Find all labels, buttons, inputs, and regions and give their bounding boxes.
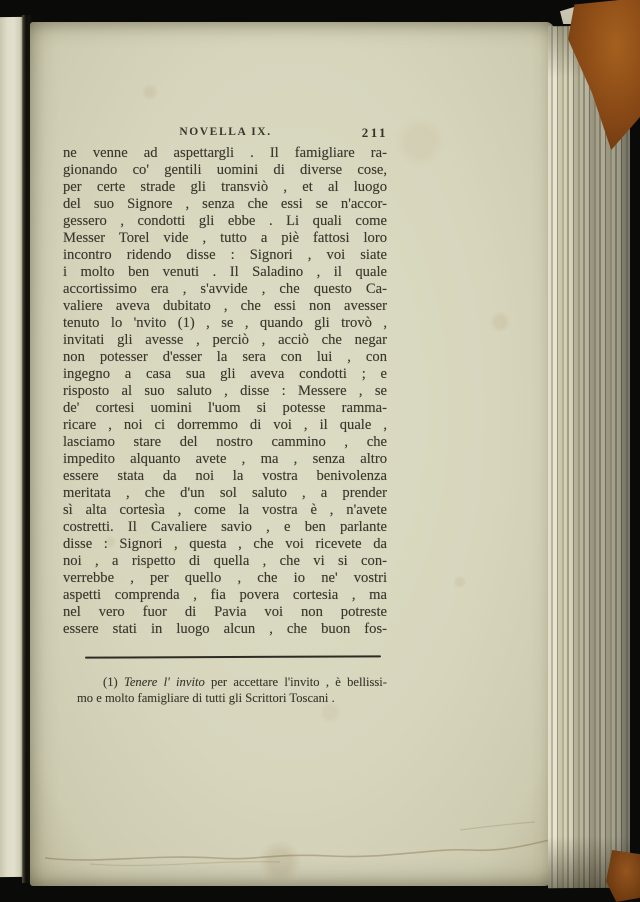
text-line: impedito alquanto avete , ma , senza alt…: [63, 451, 387, 468]
text-line: tenuto lo 'nvito (1) , se , quando gli t…: [63, 315, 387, 332]
text-line: per certe strade gli transviò , et al lu…: [63, 179, 387, 196]
text-line: disse : Signori , questa , che voi ricev…: [63, 536, 387, 553]
footnote-text: per accettare l'invito , è bellissi-: [205, 675, 387, 689]
book-page: NOVELLA IX. 211 ne venne ad aspettargli …: [30, 22, 554, 886]
facing-page-edge: [0, 17, 23, 877]
text-line: gionando co' gentili uomini di diverse c…: [63, 162, 387, 179]
text-line: essere stata da noi la vostra benivolenz…: [63, 468, 387, 485]
text-line: valiere aveva dubitato , che essi non av…: [63, 298, 387, 315]
text-line: de' cortesi uomini l'uom si potesse ramm…: [63, 400, 387, 417]
text-line: costretti. Il Cavaliere savio , e ben pa…: [63, 519, 387, 536]
page-header: NOVELLA IX. 211: [63, 126, 388, 142]
text-line: aspetti comprenda , fia povera cortesia …: [63, 587, 387, 604]
text-line: Messer Torel vide , tutto a piè fattosi …: [63, 230, 387, 247]
footnote-line-1: (1) Tenere l' invito per accettare l'inv…: [63, 675, 387, 691]
text-line: ricare , noi ci dorremmo di voi , il qua…: [63, 417, 387, 434]
footnote-rule: [85, 655, 381, 658]
text-line: lasciamo stare del nostro cammino , che: [63, 434, 387, 451]
text-line: essere stati in luogo alcun , che buon f…: [63, 621, 387, 638]
text-line: del suo Signore , senza che essi se n'ac…: [63, 196, 387, 213]
text-line: incontro ridendo disse : Signori , voi s…: [63, 247, 387, 264]
text-line: risposto al suo saluto , disse : Messere…: [63, 383, 387, 400]
text-line: invitati gli avesse , perciò , acciò che…: [63, 332, 387, 349]
text-line: ingegno a casa sua gli aveva condotti ; …: [63, 366, 387, 383]
footnote-italic-phrase: Tenere l' invito: [124, 675, 205, 689]
footnote: (1) Tenere l' invito per accettare l'inv…: [63, 675, 387, 706]
text-line: accortissimo era , s'avvide , che questo…: [63, 281, 387, 298]
leather-binding-corner-bottom: [606, 850, 640, 902]
text-line: meritata , che d'un sol saluto , a prend…: [63, 485, 387, 502]
fore-edge-cover-band: [600, 120, 630, 860]
page-number: 211: [362, 125, 388, 141]
water-stain: [30, 820, 555, 890]
footnote-line-2: mo e molto famigliare di tutti gli Scrit…: [63, 691, 387, 707]
text-line: non potesser d'esser la sera con lui , c…: [63, 349, 387, 366]
text-line: noi , a rispetto di quella , che vi si c…: [63, 553, 387, 570]
text-line: verrebbe , per quello , che io ne' vostr…: [63, 570, 387, 587]
text-line: i molto ben venuti . Il Saladino , il qu…: [63, 264, 387, 281]
footnote-marker: (1): [103, 675, 124, 689]
text-line: nel vero fuor di Pavia voi non potreste: [63, 604, 387, 621]
body-text: ne venne ad aspettargli . Il famigliare …: [63, 145, 387, 638]
text-line: gessero , condotti gli ebbe . Li quali c…: [63, 213, 387, 230]
running-title: NOVELLA IX.: [179, 126, 271, 138]
book-scan: NOVELLA IX. 211 ne venne ad aspettargli …: [0, 0, 640, 902]
text-line: ne venne ad aspettargli . Il famigliare …: [63, 145, 387, 162]
text-line: sì alta cortesìa , come la vostra è , n'…: [63, 502, 387, 519]
